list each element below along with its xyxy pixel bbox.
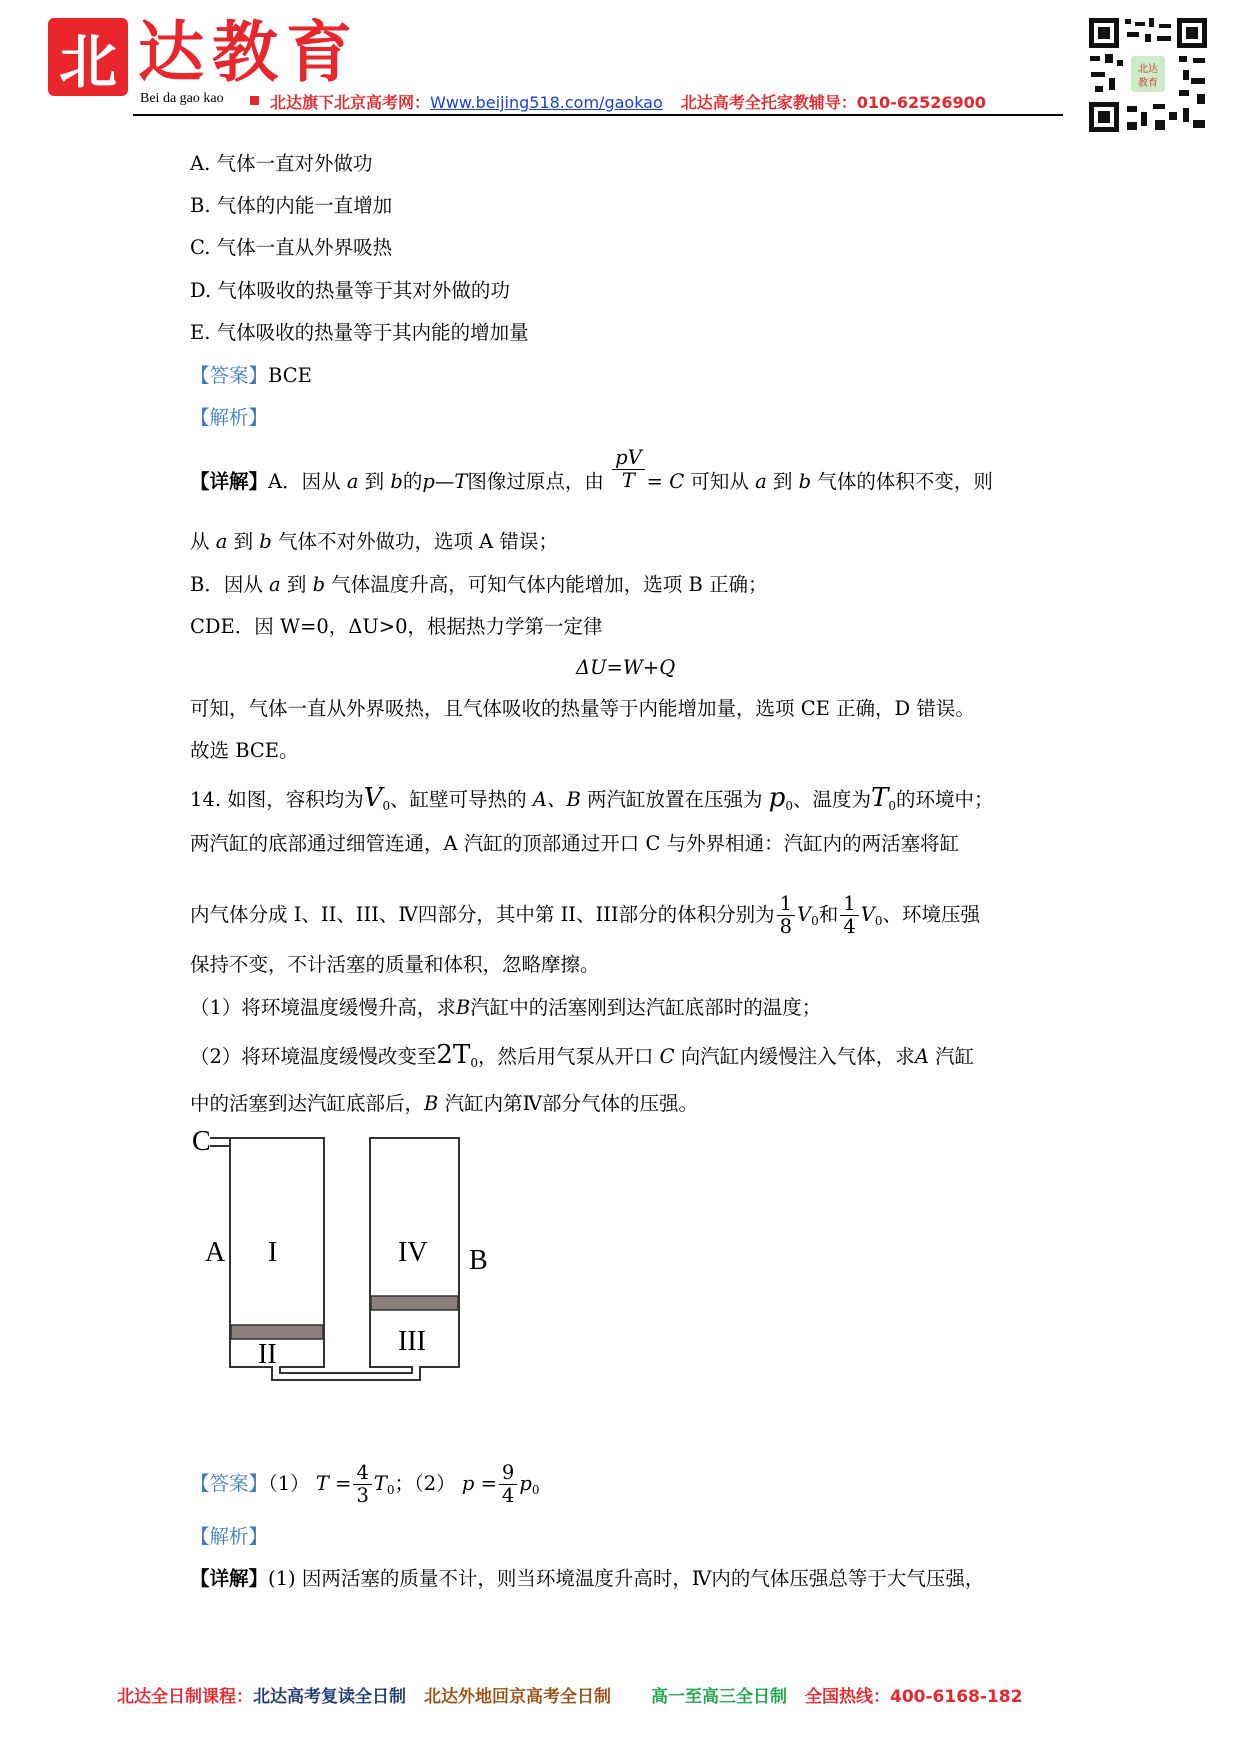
var-a: a: [269, 573, 281, 596]
option-label: D.: [190, 279, 211, 302]
var-AB: A、B: [533, 788, 581, 811]
fraction-pV-T: pVT: [612, 447, 645, 492]
text: 图像过原点，由: [467, 470, 604, 493]
answer-tag: 【答案】: [190, 364, 268, 387]
denominator: T: [622, 470, 635, 492]
answer-value: BCE: [268, 364, 312, 387]
footer-item-return: 北达外地回京高考全日制: [424, 1687, 611, 1707]
subscript: 0: [387, 1483, 395, 1497]
logo-text: 达教育: [138, 14, 360, 90]
denominator: 4: [843, 916, 855, 938]
q14-detail: 【详解】(1) 因两活塞的质量不计，则当环境温度升高时，Ⅳ内的气体压强总等于大气…: [190, 1567, 984, 1591]
text: 气体不对外做功，选项 A 错误；: [278, 530, 558, 553]
var-a: a: [216, 530, 228, 553]
var-b: b: [390, 470, 402, 493]
q14-sub2-cont: 中的活塞到达汽缸底部后，B 汽缸内第Ⅳ部分气体的压强。: [190, 1092, 698, 1116]
header-info: 北达旗下北京高考网：Www.beijing518.com/gaokao北达高考全…: [270, 90, 986, 113]
label-C: C: [192, 1130, 211, 1157]
text: （1）: [268, 1472, 310, 1495]
footer-bar: 北达全日制课程：北达高考复读全日制北达外地回京高考全日制高一至高三全日制全国热线…: [117, 1682, 1040, 1707]
var-p: p: [769, 783, 786, 813]
text: 汽缸内第Ⅳ部分气体的压强。: [445, 1092, 698, 1115]
detail-tag: 【详解】: [190, 470, 268, 493]
option-a: A. 气体一直对外做功: [190, 152, 373, 176]
option-label: B.: [190, 194, 211, 217]
var-p0: p: [519, 1472, 531, 1495]
numerator: pV: [612, 447, 645, 470]
denominator: 3: [356, 1485, 368, 1507]
var-B: B: [424, 1092, 438, 1115]
q14-sub1: （1）将环境温度缓慢升高，求B汽缸中的活塞刚到达汽缸底部时的温度；: [190, 996, 821, 1020]
option-c: C. 气体一直从外界吸热: [190, 236, 392, 260]
text: 内气体分成 I、II、III、Ⅳ四部分，其中第 II、III部分的体积分别为: [190, 903, 775, 926]
option-text: 气体吸收的热量等于其对外做的功: [217, 279, 510, 302]
subscript: 0: [470, 1056, 478, 1070]
analysis-tag: 【解析】: [190, 1525, 268, 1548]
text: 向汽缸内缓慢注入气体，求: [681, 1045, 915, 1068]
numerator: 9: [499, 1462, 517, 1485]
option-text: 气体的内能一直增加: [217, 194, 393, 217]
site-label: 北达旗下北京高考网：: [270, 93, 430, 112]
subscript: 0: [532, 1483, 540, 1497]
cylinder-diagram: C A I II IV III B: [180, 1130, 520, 1410]
text: 和: [819, 903, 839, 926]
var-a: a: [347, 470, 359, 493]
q13-conclusion: 可知，气体一直从外界吸热，且气体吸收的热量等于内能增加量，选项 CE 正确，D …: [190, 697, 975, 721]
q14-line4: 保持不变，不计活塞的质量和体积，忽略摩擦。: [190, 953, 600, 977]
text: 到: [287, 573, 307, 596]
text: 两汽缸放置在压强为: [587, 788, 763, 811]
var-T0: T: [374, 1472, 387, 1495]
denominator: 8: [780, 916, 792, 938]
fraction-1-8: 18: [777, 893, 795, 938]
q13-detail-a: 【详解】A．因从 a 到 b的p—T图像过原点，由 pVT= C 可知从 a 到…: [190, 470, 993, 494]
answer-tag: 【答案】: [190, 1472, 268, 1495]
var-B: B: [456, 996, 470, 1019]
text: 到: [773, 470, 793, 493]
subscript: 0: [785, 799, 793, 813]
q13-detail-a2: 从 a 到 b 气体不对外做功，选项 A 错误；: [190, 530, 558, 554]
text: 、环境压强: [882, 903, 980, 926]
text: 到: [234, 530, 254, 553]
q14-line2: 两汽缸的底部通过细管连通，A 汽缸的顶部通过开口 C 与外界相通：汽缸内的两活塞…: [190, 832, 959, 856]
numerator: 1: [777, 893, 795, 916]
header-divider: [133, 114, 1063, 116]
label-III: III: [398, 1326, 426, 1357]
q14-sub2: （2）将环境温度缓慢改变至2T0，然后用气泵从开口 C 向汽缸内缓慢注入气体，求…: [190, 1043, 974, 1075]
text: B．因从: [190, 573, 263, 596]
tutor-label: 北达高考全托家教辅导：010-62526900: [681, 93, 986, 112]
option-d: D. 气体吸收的热量等于其对外做的功: [190, 279, 510, 303]
equals-C: = C: [647, 470, 684, 493]
var-2T: 2T: [436, 1040, 470, 1070]
text: 14. 如图，容积均为: [190, 788, 364, 811]
option-text: 气体吸收的热量等于其内能的增加量: [217, 321, 529, 344]
fraction-9-4: 94: [499, 1462, 517, 1507]
label-II: II: [258, 1339, 277, 1370]
q13-answer: 【答案】BCE: [190, 364, 312, 388]
fraction-1-4: 14: [840, 893, 858, 938]
label-B: B: [469, 1245, 488, 1276]
q13-detail-cde: CDE．因 W=0，ΔU>0，根据热力学第一定律: [190, 615, 603, 639]
var-b: b: [799, 470, 811, 493]
text: （2）将环境温度缓慢改变至: [190, 1045, 436, 1068]
option-label: E.: [190, 321, 210, 344]
text: 从: [190, 530, 210, 553]
qr-code-icon: 北达 教育: [1087, 16, 1209, 134]
option-label: A.: [190, 152, 210, 175]
subscript: 0: [811, 914, 819, 928]
var-T: T =: [316, 1472, 352, 1495]
text: 汽缸: [935, 1045, 974, 1068]
text: 到: [365, 470, 385, 493]
q13-detail-b: B．因从 a 到 b 气体温度升高，可知气体内能增加，选项 B 正确；: [190, 573, 768, 597]
detail-tag: 【详解】: [190, 1567, 268, 1590]
text: 气体温度升高，可知气体内能增加，选项 B 正确；: [331, 573, 767, 596]
text: 气体的体积不变，则: [817, 470, 993, 493]
brand-subtitle: Bei da gao kao: [140, 91, 224, 107]
footer-item-grades: 高一至高三全日制: [651, 1687, 787, 1707]
q13-analysis-tag: 【解析】: [190, 406, 268, 430]
numerator: 1: [840, 893, 858, 916]
var-V: V: [364, 783, 383, 813]
var-V: V: [797, 903, 811, 926]
var-V: V: [861, 903, 875, 926]
option-text: 气体一直对外做功: [216, 152, 372, 175]
text: ；（2）: [395, 1472, 456, 1495]
var-T: T: [871, 783, 888, 813]
label-A: A: [205, 1237, 226, 1268]
logo-mark: 北: [48, 18, 128, 96]
text: ，然后用气泵从开口: [478, 1045, 654, 1068]
q14-line1: 14. 如图，容积均为V0、缸壁可导热的 A、B 两汽缸放置在压强为 p0、温度…: [190, 786, 994, 818]
var-b: b: [259, 530, 271, 553]
analysis-tag: 【解析】: [190, 406, 268, 429]
subscript: 0: [383, 799, 391, 813]
bullet-square-icon: [250, 96, 259, 105]
option-label: C.: [190, 236, 210, 259]
label-I: I: [268, 1237, 277, 1268]
option-e: E. 气体吸收的热量等于其内能的增加量: [190, 321, 529, 345]
var-b: b: [313, 573, 325, 596]
svg-text:北达: 北达: [1138, 62, 1158, 75]
text: 中的活塞到达汽缸底部后，: [190, 1092, 424, 1115]
footer-course-label: 北达全日制课程：: [117, 1687, 253, 1707]
first-law-formula: ΔU=W+Q: [576, 656, 675, 680]
text: 的环境中；: [896, 788, 994, 811]
footer-hotline: 全国热线：400-6168-182: [805, 1687, 1022, 1707]
footer-item-repeat: 北达高考复读全日制: [253, 1687, 406, 1707]
subscript: 0: [888, 799, 896, 813]
var-p: p =: [462, 1472, 497, 1495]
logo-char: 北: [59, 15, 117, 99]
q14-answer: 【答案】（1） T =43T0；（2） p =94p0: [190, 1462, 539, 1507]
text: A．因从: [268, 470, 341, 493]
site-link[interactable]: Www.beijing518.com/gaokao: [430, 93, 663, 112]
text: 、缸壁可导热的: [390, 788, 527, 811]
text: 的: [403, 470, 423, 493]
q13-final: 故选 BCE。: [190, 739, 299, 763]
q14-analysis-tag: 【解析】: [190, 1525, 268, 1549]
label-IV: IV: [398, 1237, 428, 1268]
pT-label: p—T: [422, 470, 467, 493]
denominator: 4: [502, 1485, 514, 1507]
text: 汽缸中的活塞刚到达汽缸底部时的温度；: [470, 996, 821, 1019]
var-C: C: [660, 1045, 675, 1068]
text: （1）将环境温度缓慢升高，求: [190, 996, 456, 1019]
numerator: 4: [353, 1462, 371, 1485]
option-text: 气体一直从外界吸热: [217, 236, 393, 259]
option-b: B. 气体的内能一直增加: [190, 194, 392, 218]
text: 可知从: [690, 470, 749, 493]
text: (1) 因两活塞的质量不计，则当环境温度升高时，Ⅳ内的气体压强总等于大气压强，: [268, 1567, 984, 1590]
fraction-4-3: 43: [353, 1462, 371, 1507]
q14-line3: 内气体分成 I、II、III、Ⅳ四部分，其中第 II、III部分的体积分别为18…: [190, 893, 980, 938]
svg-text:教育: 教育: [1138, 76, 1158, 89]
text: 、温度为: [793, 788, 871, 811]
var-A: A: [915, 1045, 929, 1068]
var-a: a: [755, 470, 767, 493]
